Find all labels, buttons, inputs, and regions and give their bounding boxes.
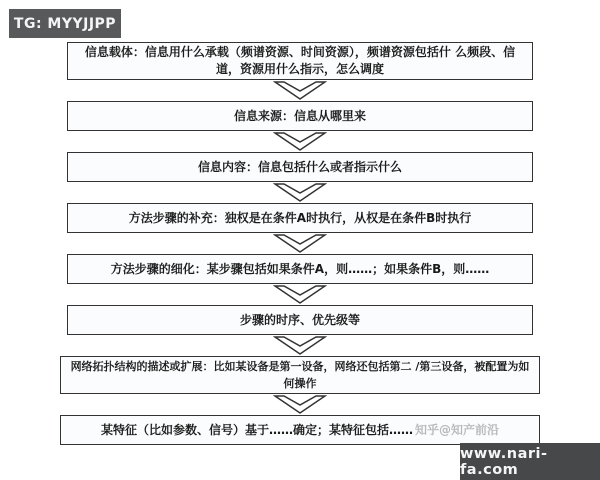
flowchart: 信息载体：信息用什么承载（频谱资源、时间资源），频谱资源包括什 么频段、信道，资… (0, 42, 600, 445)
flow-box-information-source: 信息来源：信息从哪里来 (67, 101, 533, 131)
flow-box-text: 网络拓扑结构的描述或扩展：比如某设备是第一设备，网络还包括第二 /第三设备，被配… (69, 358, 531, 392)
zhihu-watermark: 知乎@知产前沿 (415, 422, 499, 439)
flow-box-text: 方法步骤的补充：独权是在条件A时执行，从权是在条件B时执行 (129, 210, 471, 227)
flow-box-information-carrier: 信息载体：信息用什么承载（频谱资源、时间资源），频谱资源包括什 么频段、信道，资… (67, 42, 533, 80)
down-arrow-icon (273, 284, 327, 305)
flow-box-text: 信息内容：信息包括什么或者指示什么 (198, 159, 402, 176)
telegram-badge: TG: MYYJJPP (9, 9, 121, 38)
flow-box-feature-determination: 某特征（比如参数、信号）基于……确定；某特征包括…… 知乎@知产前沿 (60, 415, 540, 445)
down-arrow-icon (273, 335, 327, 356)
flow-box-network-topology: 网络拓扑结构的描述或扩展：比如某设备是第一设备，网络还包括第二 /第三设备，被配… (60, 356, 540, 394)
flow-box-method-step-refinement: 方法步骤的细化：某步骤包括如果条件A，则……；如果条件B，则…… (67, 254, 533, 284)
website-badge: www.nari-fa.com (460, 443, 600, 480)
screenshot-root: TG: MYYJJPP 信息载体：信息用什么承载（频谱资源、时间资源），频谱资源… (0, 0, 600, 480)
flow-box-text: 方法步骤的细化：某步骤包括如果条件A，则……；如果条件B，则…… (111, 261, 489, 278)
flow-box-step-timing-priority: 步骤的时序、优先级等 (67, 305, 533, 335)
website-badge-label: www.nari-fa.com (460, 446, 600, 478)
flow-box-method-step-supplement: 方法步骤的补充：独权是在条件A时执行，从权是在条件B时执行 (67, 203, 533, 233)
flow-box-text: 信息来源：信息从哪里来 (234, 108, 366, 125)
down-arrow-icon (273, 182, 327, 203)
telegram-badge-label: TG: MYYJJPP (14, 16, 116, 32)
flow-box-text: 步骤的时序、优先级等 (240, 312, 360, 329)
flow-box-information-content: 信息内容：信息包括什么或者指示什么 (67, 152, 533, 182)
down-arrow-icon (273, 131, 327, 152)
down-arrow-icon (273, 80, 327, 101)
down-arrow-icon (273, 233, 327, 254)
flow-box-text: 信息载体：信息用什么承载（频谱资源、时间资源），频谱资源包括什 么频段、信道，资… (76, 44, 524, 78)
down-arrow-icon (273, 394, 327, 415)
flow-box-text: 某特征（比如参数、信号）基于……确定；某特征包括…… (101, 422, 413, 439)
